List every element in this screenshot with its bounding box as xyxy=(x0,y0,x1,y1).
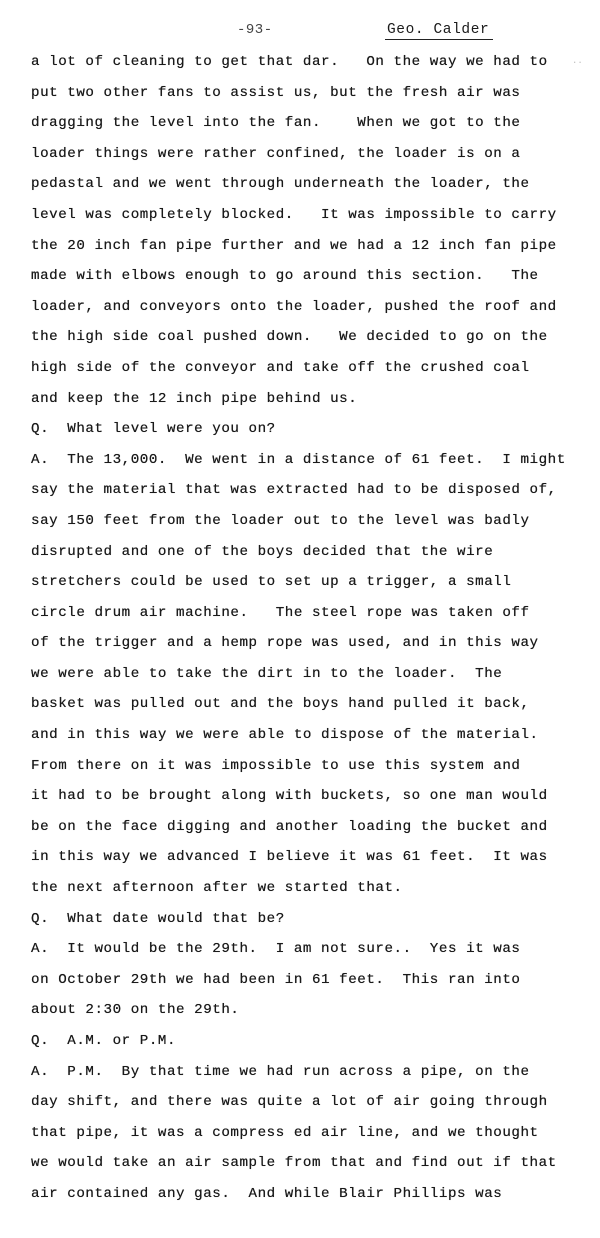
question-line: Q. A.M. or P.M. xyxy=(31,1030,591,1061)
transcript-line: say 150 feet from the loader out to the … xyxy=(31,510,591,541)
witness-name: Geo. Calder xyxy=(385,22,493,40)
transcript-line: be on the face digging and another loadi… xyxy=(31,816,591,847)
transcript-line: on October 29th we had been in 61 feet. … xyxy=(31,969,591,1000)
transcript-line: of the trigger and a hemp rope was used,… xyxy=(31,632,591,663)
transcript-line: we were able to take the dirt in to the … xyxy=(31,663,591,694)
transcript-line: the next afternoon after we started that… xyxy=(31,877,591,908)
transcript-line: about 2:30 on the 29th. xyxy=(31,999,591,1030)
transcript-line: that pipe, it was a compress ed air line… xyxy=(31,1122,591,1153)
transcript-line: From there on it was impossible to use t… xyxy=(31,755,591,786)
transcript-line: loader things were rather confined, the … xyxy=(31,143,591,174)
question-line: Q. What level were you on? xyxy=(31,418,591,449)
transcript-line: day shift, and there was quite a lot of … xyxy=(31,1091,591,1122)
transcript-line: it had to be brought along with buckets,… xyxy=(31,785,591,816)
transcript-line: and keep the 12 inch pipe behind us. xyxy=(31,388,591,419)
transcript-line: level was completely blocked. It was imp… xyxy=(31,204,591,235)
transcript-line: loader, and conveyors onto the loader, p… xyxy=(31,296,591,327)
transcript-line: dragging the level into the fan. When we… xyxy=(31,112,591,143)
transcript-body: a lot of cleaning to get that dar. On th… xyxy=(31,51,591,1214)
transcript-line: circle drum air machine. The steel rope … xyxy=(31,602,591,633)
page-number: -93- xyxy=(237,22,273,38)
answer-line: A. The 13,000. We went in a distance of … xyxy=(31,449,591,480)
page-header: -93- Geo. Calder xyxy=(0,22,600,42)
transcript-line: disrupted and one of the boys decided th… xyxy=(31,541,591,572)
transcript-line: high side of the conveyor and take off t… xyxy=(31,357,591,388)
transcript-line: the 20 inch fan pipe further and we had … xyxy=(31,235,591,266)
transcript-line: stretchers could be used to set up a tri… xyxy=(31,571,591,602)
answer-line: A. It would be the 29th. I am not sure..… xyxy=(31,938,591,969)
transcript-line: put two other fans to assist us, but the… xyxy=(31,82,591,113)
transcript-line: the high side coal pushed down. We decid… xyxy=(31,326,591,357)
answer-line: A. P.M. By that time we had run across a… xyxy=(31,1061,591,1092)
transcript-line: in this way we advanced I believe it was… xyxy=(31,846,591,877)
transcript-line: pedastal and we went through underneath … xyxy=(31,173,591,204)
transcript-line: basket was pulled out and the boys hand … xyxy=(31,693,591,724)
transcript-line: and in this way we were able to dispose … xyxy=(31,724,591,755)
transcript-line: made with elbows enough to go around thi… xyxy=(31,265,591,296)
transcript-line: air contained any gas. And while Blair P… xyxy=(31,1183,591,1214)
transcript-line: a lot of cleaning to get that dar. On th… xyxy=(31,51,591,82)
transcript-line: we would take an air sample from that an… xyxy=(31,1152,591,1183)
transcript-line: say the material that was extracted had … xyxy=(31,479,591,510)
question-line: Q. What date would that be? xyxy=(31,908,591,939)
